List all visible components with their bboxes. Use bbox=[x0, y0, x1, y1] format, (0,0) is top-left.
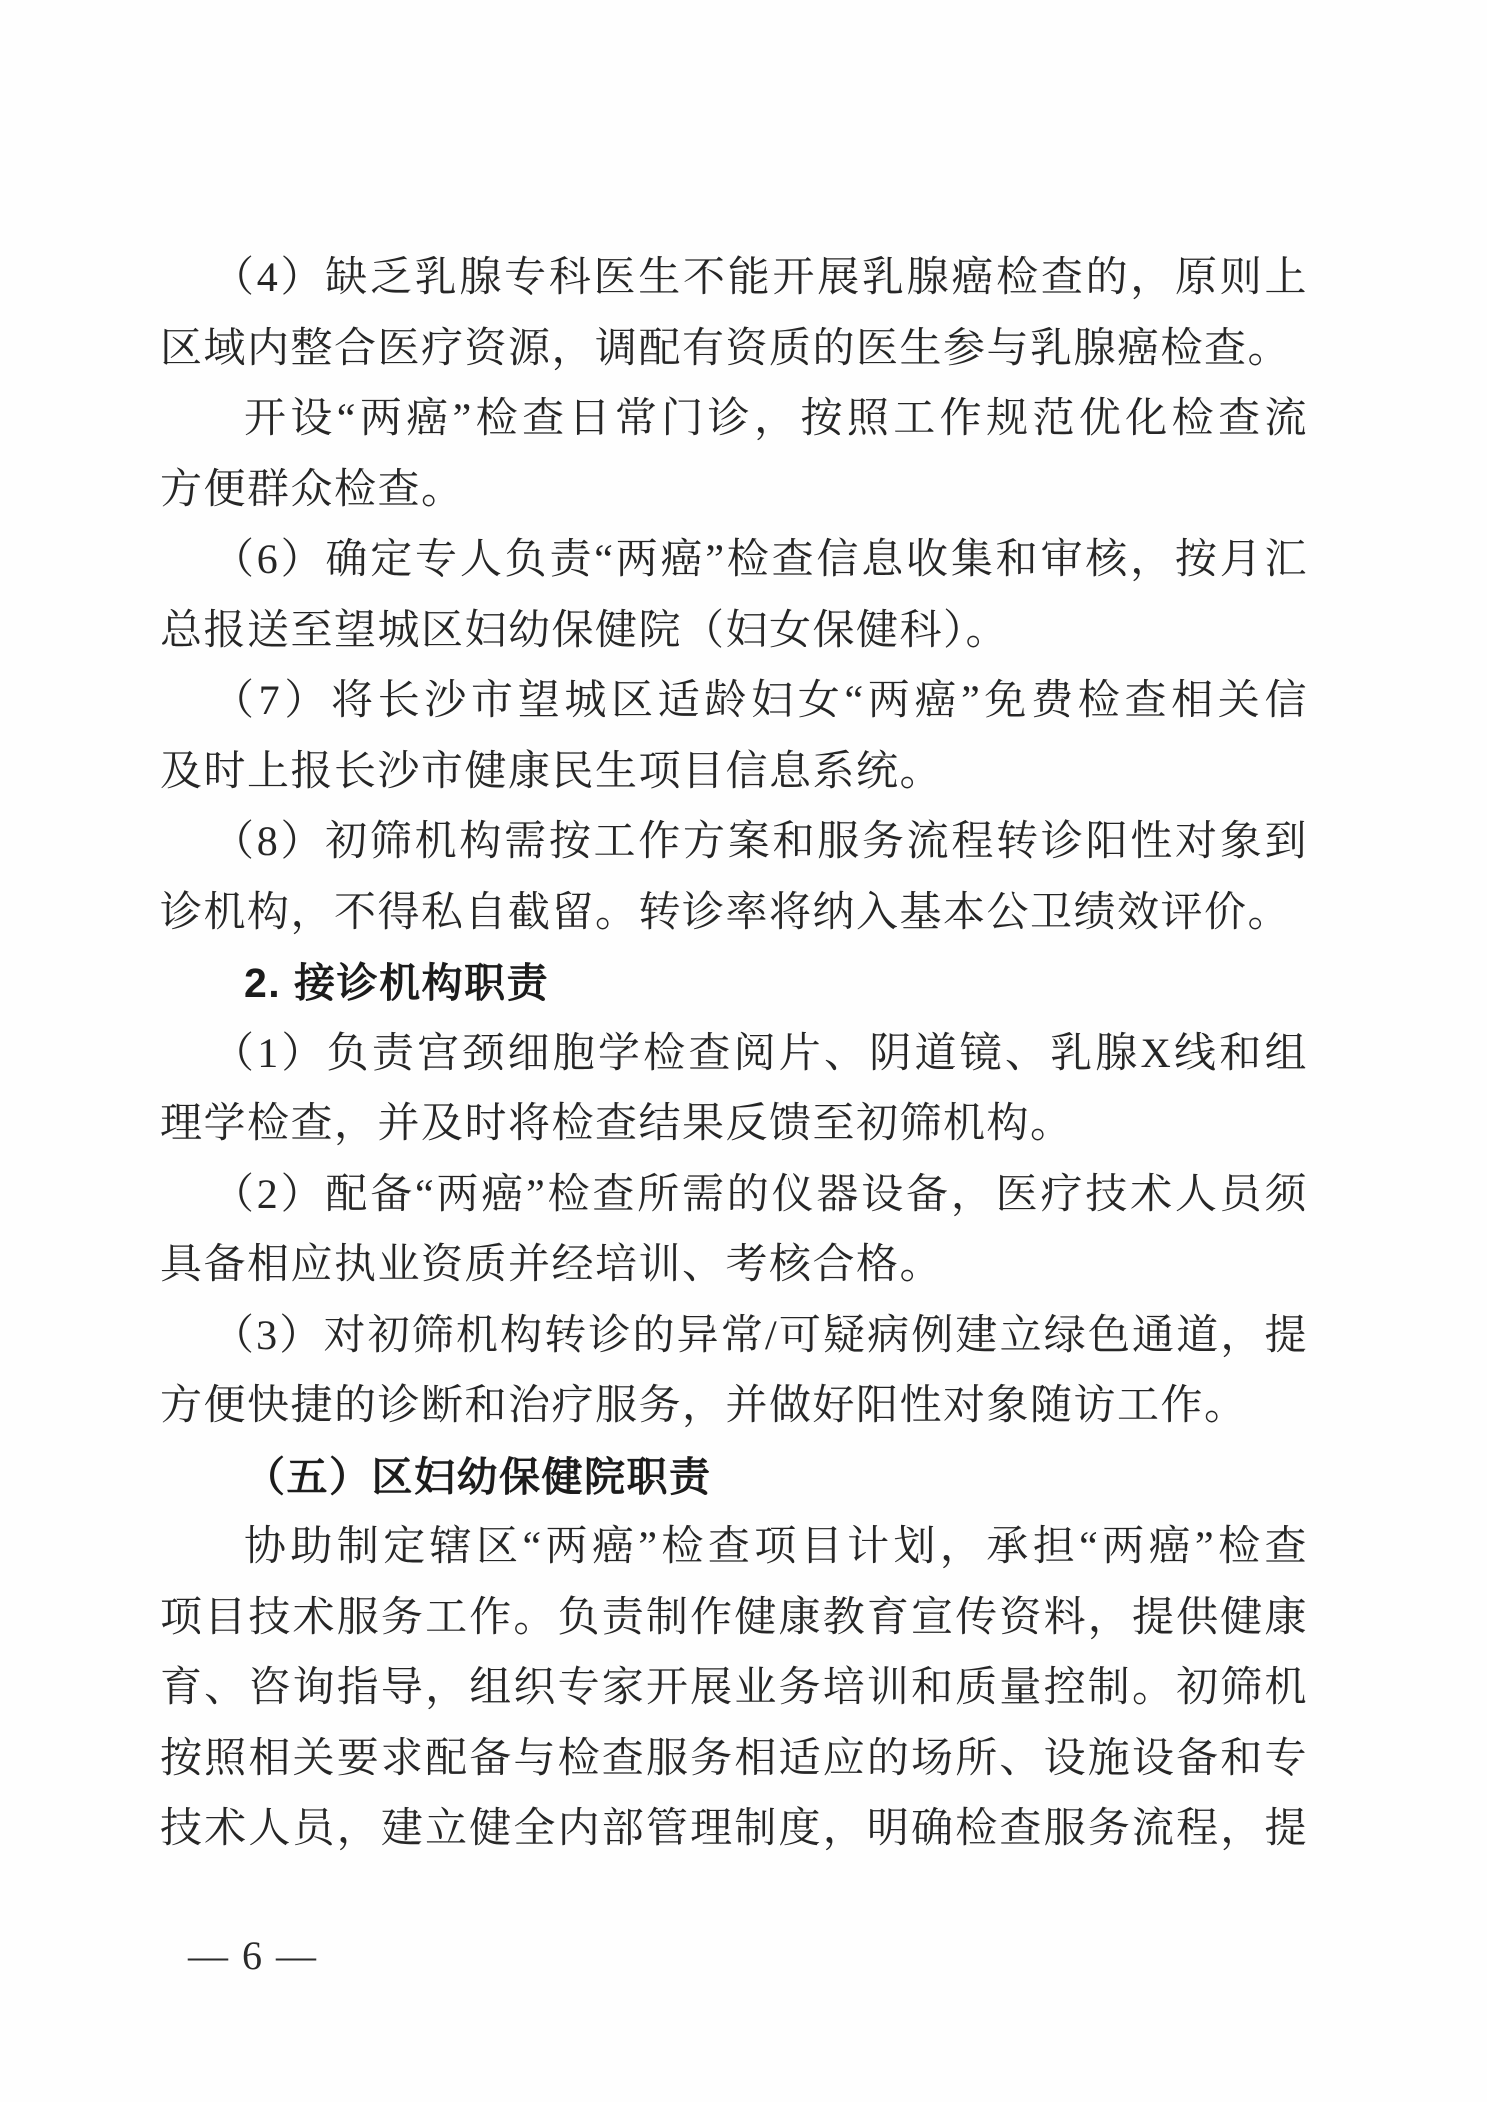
text-line: （4）缺乏乳腺专科医生不能开展乳腺癌检查的，原则上由 bbox=[160, 243, 1308, 314]
text-line: 协助制定辖区“两癌”检查项目计划，承担“两癌”检查 bbox=[160, 1512, 1308, 1583]
document-body: （4）缺乏乳腺专科医生不能开展乳腺癌检查的，原则上由区域内整合医疗资源，调配有资… bbox=[160, 243, 1308, 1865]
text-line: 诊机构，不得私自截留。转诊率将纳入基本公卫绩效评价。 bbox=[160, 878, 1308, 949]
text-line: （3）对初筛机构转诊的异常/可疑病例建立绿色通道，提供 bbox=[160, 1301, 1308, 1372]
section-heading: （五）区妇幼保健院职责 bbox=[160, 1442, 1308, 1513]
text-line: 开设“两癌”检查日常门诊，按照工作规范优化检查流程， bbox=[160, 384, 1308, 455]
text-line: （6）确定专人负责“两癌”检查信息收集和审核，按月汇 bbox=[160, 525, 1308, 596]
text-line: 方便快捷的诊断和治疗服务，并做好阳性对象随访工作。 bbox=[160, 1371, 1308, 1442]
text-line: 项目技术服务工作。负责制作健康教育宣传资料，提供健康教 bbox=[160, 1583, 1308, 1654]
text-line: （1）负责宫颈细胞学检查阅片、阴道镜、乳腺X线和组织病 bbox=[160, 1019, 1308, 1090]
document-page: （4）缺乏乳腺专科医生不能开展乳腺癌检查的，原则上由区域内整合医疗资源，调配有资… bbox=[0, 0, 1487, 2102]
text-line: （7）将长沙市望城区适龄妇女“两癌”免费检查相关信息， bbox=[160, 666, 1308, 737]
text-line: （2）配备“两癌”检查所需的仪器设备，医疗技术人员须 bbox=[160, 1160, 1308, 1231]
page-number: — 6 — bbox=[188, 1932, 318, 1979]
text-line: 理学检查，并及时将检查结果反馈至初筛机构。 bbox=[160, 1089, 1308, 1160]
text-line: 按照相关要求配备与检查服务相适应的场所、设施设备和专业 bbox=[160, 1724, 1308, 1795]
text-line: 区域内整合医疗资源，调配有资质的医生参与乳腺癌检查。 bbox=[160, 314, 1308, 385]
text-line: （8）初筛机构需按工作方案和服务流程转诊阳性对象到接 bbox=[160, 807, 1308, 878]
text-line: 方便群众检查。 bbox=[160, 455, 1308, 526]
text-line: 总报送至望城区妇幼保健院（妇女保健科）。 bbox=[160, 596, 1308, 667]
text-line: 技术人员，建立健全内部管理制度，明确检查服务流程，提高 bbox=[160, 1794, 1308, 1865]
section-heading: 2. 接诊机构职责 bbox=[160, 948, 1308, 1019]
text-line: 及时上报长沙市健康民生项目信息系统。 bbox=[160, 737, 1308, 808]
text-line: 育、咨询指导，组织专家开展业务培训和质量控制。初筛机构 bbox=[160, 1653, 1308, 1724]
text-line: 具备相应执业资质并经培训、考核合格。 bbox=[160, 1230, 1308, 1301]
